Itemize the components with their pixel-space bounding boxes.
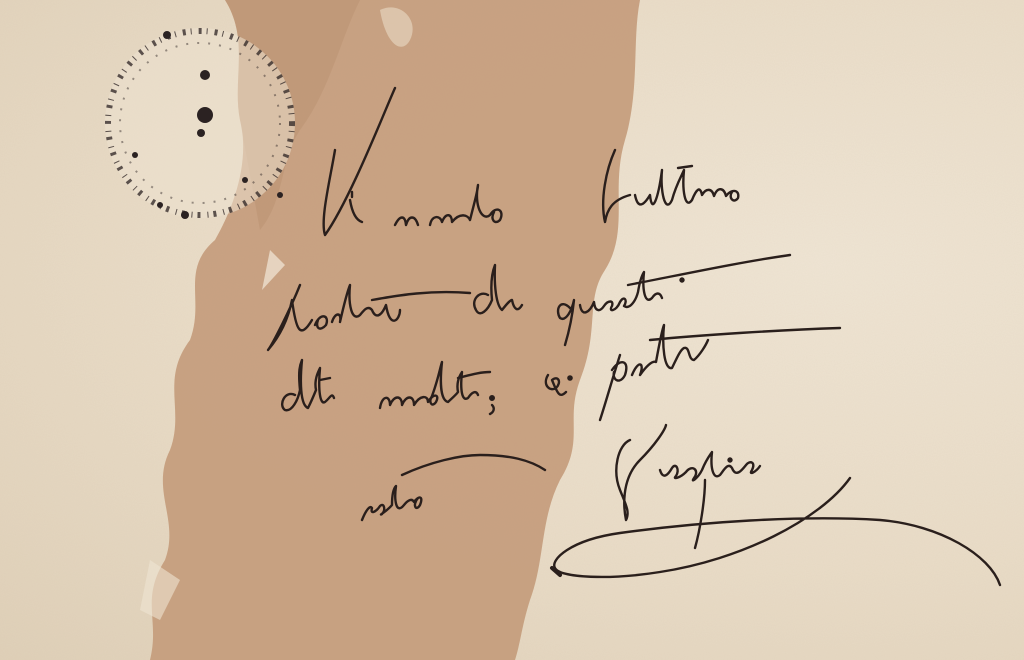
postcard: Vi mando l'ultimo saluto da questi alti … <box>0 0 1024 660</box>
line-3-alti-monti-si-parte <box>282 325 840 420</box>
line-4-vostro-virgilio <box>362 425 1000 585</box>
handwritten-message <box>0 0 1024 660</box>
line-1-vi-mando-lultimo <box>324 88 739 235</box>
